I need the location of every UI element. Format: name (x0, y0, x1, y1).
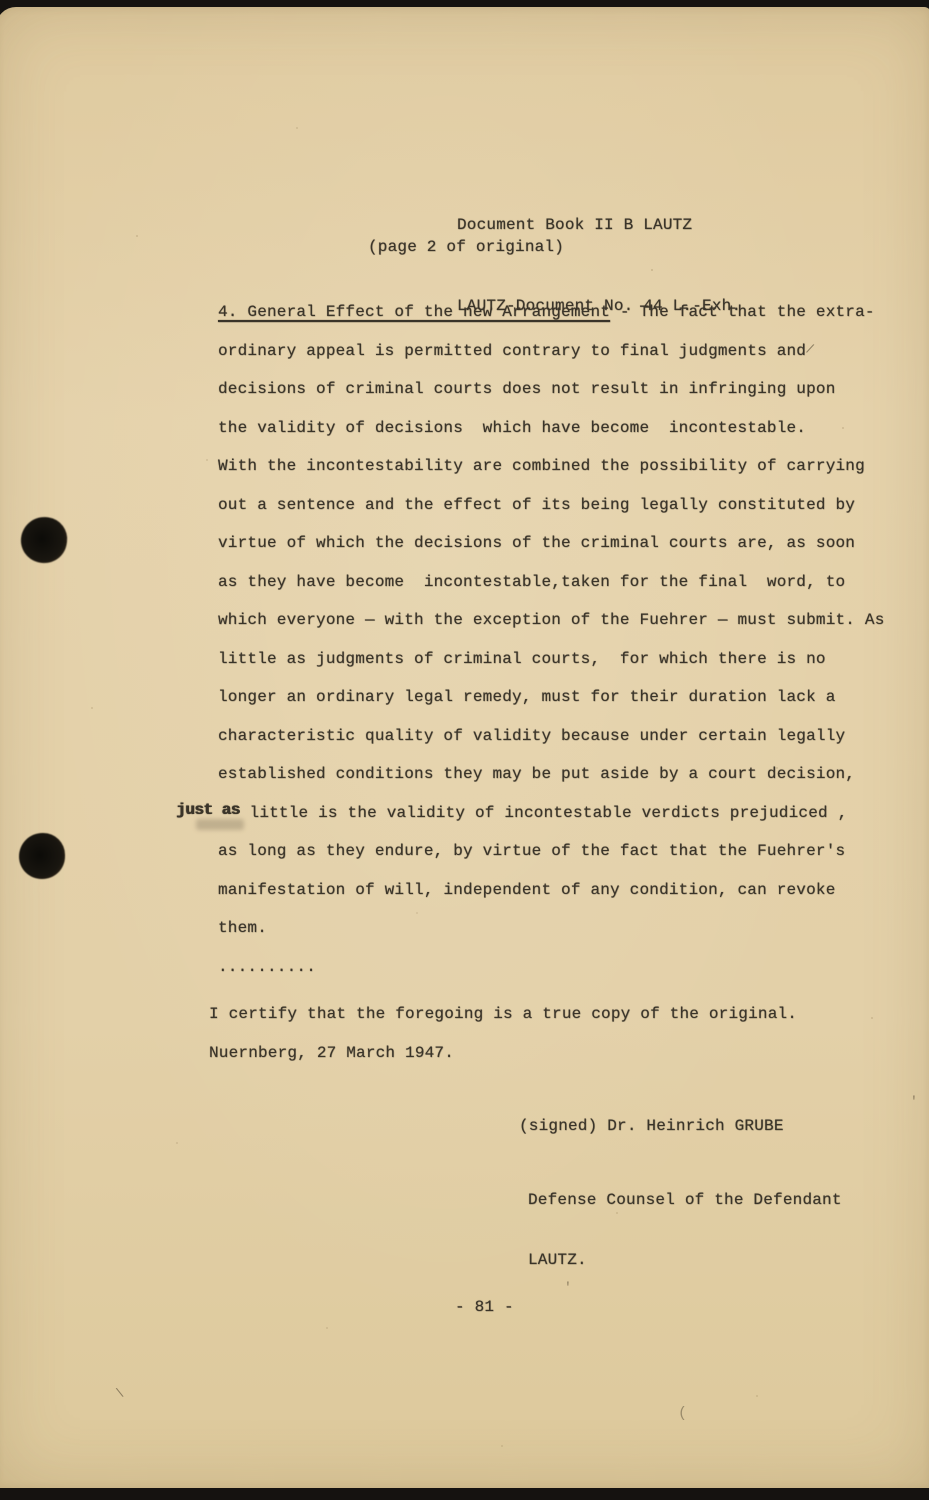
body-line: longer an ordinary legal remedy, must fo… (218, 678, 908, 717)
body-line: decisions of criminal courts does not re… (218, 370, 908, 409)
body-line: established conditions they may be put a… (218, 755, 908, 794)
signer-role-line-1: Defense Counsel of the Defendant (528, 1188, 842, 1212)
body-line: them. (218, 909, 908, 948)
dotted-separator: .......... (218, 948, 908, 987)
paper-mark-stroke: \ (115, 1385, 125, 1401)
place-date-line: Nuernberg, 27 March 1947. (209, 1034, 908, 1073)
page-note: (page 2 of original) (368, 238, 564, 256)
body-line: out a sentence and the effect of its bei… (218, 486, 908, 525)
body-line-with-correction: just as little is the validity of incont… (218, 794, 908, 833)
body-line: as long as they endure, by virtue of the… (218, 832, 908, 871)
section-heading-line: 4. General Effect of the new Arrangement… (218, 293, 908, 332)
paper-mark-paren: ( (678, 1405, 687, 1422)
body-line: virtue of which the decisions of the cri… (218, 524, 908, 563)
punch-hole-bottom (19, 833, 65, 879)
body-line: With the incontestability are combined t… (218, 447, 908, 486)
certification-line: I certify that the foregoing is a true c… (209, 995, 908, 1034)
body-line: manifestation of will, independent of an… (218, 871, 908, 910)
body-line: the validity of decisions which have bec… (218, 409, 908, 448)
body-line-text: little is the validity of incontestable … (240, 804, 848, 822)
paper-mark-tick: ' (910, 1094, 918, 1109)
paper-mark-tick: ' (564, 1280, 572, 1295)
document-body: 4. General Effect of the new Arrangement… (218, 293, 908, 1072)
body-line: little as judgments of criminal courts, … (218, 640, 908, 679)
scanned-document-page: Document Book II B LAUTZ LAUTZ-Document … (0, 7, 929, 1488)
page-number: - 81 - (455, 1298, 514, 1316)
punch-hole-top (18, 514, 70, 566)
body-line: as they have become incontestable,taken … (218, 563, 908, 602)
body-line: characteristic quality of validity becau… (218, 717, 908, 756)
signed-line: (signed) Dr. Heinrich GRUBE (519, 1114, 842, 1138)
section-heading: 4. General Effect of the new Arrangement (218, 303, 610, 321)
signature-block: (signed) Dr. Heinrich GRUBE Defense Coun… (519, 1078, 842, 1308)
header-line-1: Document Book II B LAUTZ (457, 212, 741, 239)
section-heading-rest: - The fact that the extra- (610, 303, 875, 321)
typed-correction-overstrike: just as (176, 791, 240, 830)
signer-role-line-2: LAUTZ. (528, 1248, 842, 1272)
body-line: which everyone — with the exception of t… (218, 601, 908, 640)
